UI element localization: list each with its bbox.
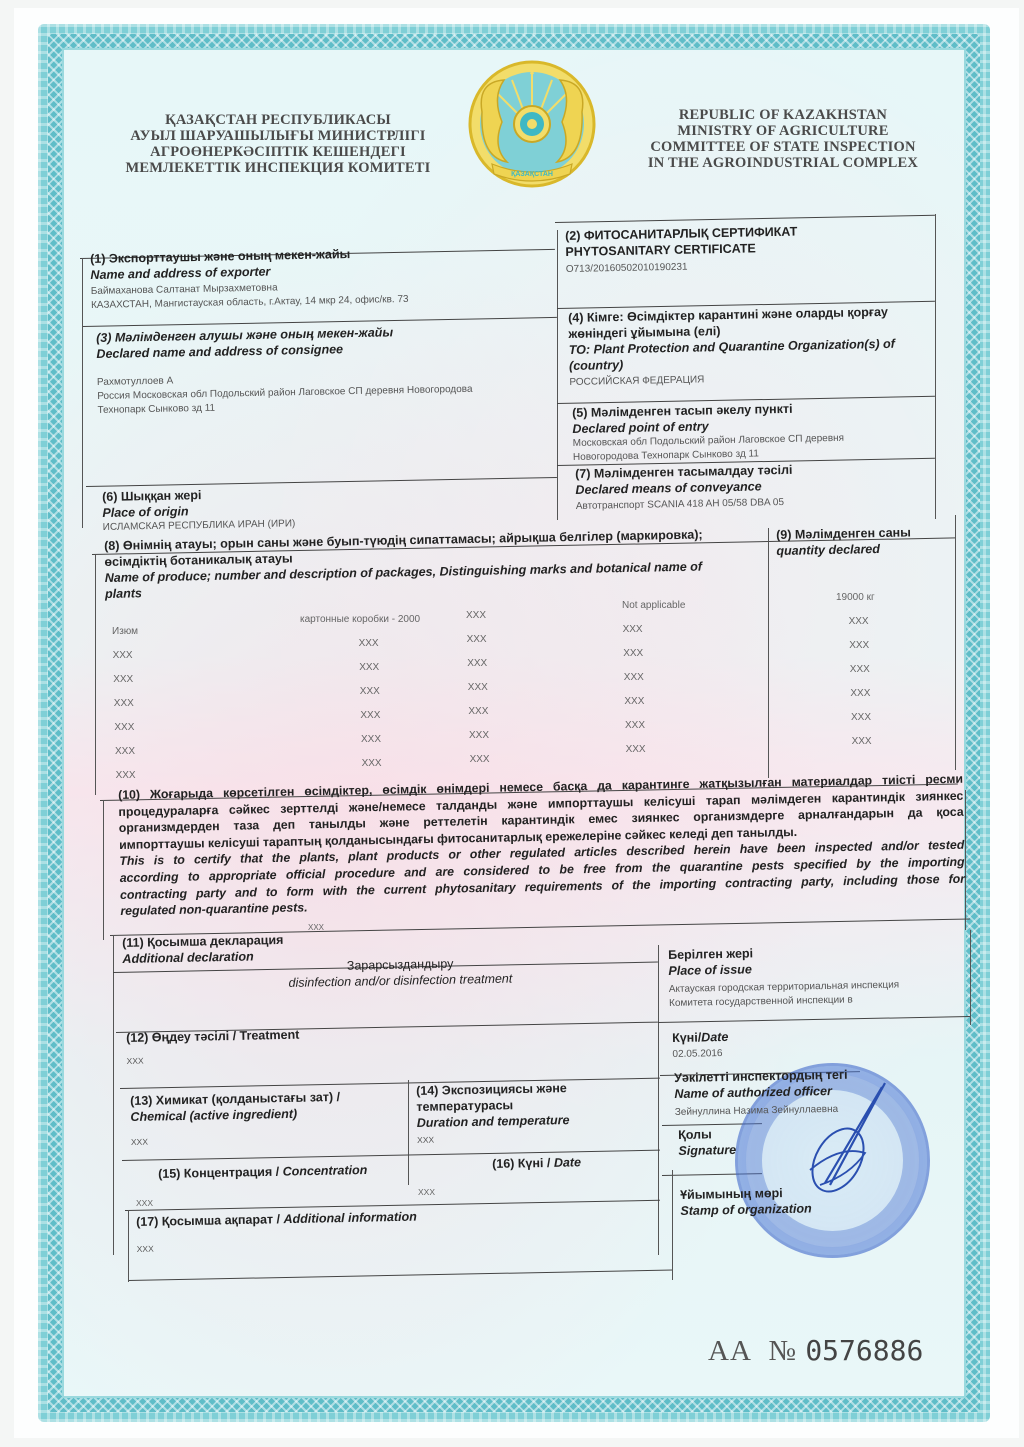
field-conveyance: (7) Мәлімденген тасымалдау тәсілі Declar… xyxy=(575,462,793,514)
header-en-line: IN THE AGROINDUSTRIAL COMPLEX xyxy=(628,155,938,171)
quantity-label-kz: (9) Мәлімденген саны xyxy=(776,524,911,543)
header-en-line: REPUBLIC OF KAZAKHSTAN xyxy=(628,107,938,123)
serial-number: АА № 0576886 xyxy=(708,1334,923,1368)
additional-info-label-en: Additional information xyxy=(283,1210,417,1227)
header-kz-line: АУЫЛ ШАРУАШЫЛЫҒЫ МИНИСТРЛІГІ xyxy=(108,128,448,144)
duration-value: XXX xyxy=(417,1130,570,1147)
signature-label-kz: Қолы xyxy=(678,1126,736,1143)
serial-number-value: 0576886 xyxy=(805,1334,923,1367)
header-kz-line: МЕМЛЕКЕТТІК ИНСПЕКЦИЯ КОМИТЕТІ xyxy=(108,160,448,176)
quantity-cell: XXX xyxy=(850,664,870,675)
concentration-label-kz: (15) Концентрация / xyxy=(158,1165,283,1181)
conveyance-label-en: Declared means of conveyance xyxy=(575,478,793,498)
produce-cell: XXX xyxy=(113,650,133,661)
produce-cell: XXX xyxy=(115,746,135,757)
produce-cell: XXX xyxy=(360,710,380,721)
field-stamp: Ұйымының мөрі Stamp of organization xyxy=(680,1184,812,1219)
field-additional-information: (17) Қосымша ақпарат / Additional inform… xyxy=(136,1209,417,1256)
produce-cell: XXX xyxy=(468,706,488,717)
header-kz-line: ҚАЗАҚСТАН РЕСПУБЛИКАСЫ xyxy=(108,112,448,128)
quantity-cell: XXX xyxy=(852,736,872,747)
produce-cell: XXX xyxy=(361,734,381,745)
header-kz-line: АГРОӨНЕРКӘСІПТІК КЕШЕНДЕГІ xyxy=(108,144,448,160)
produce-cell: XXX xyxy=(623,648,643,659)
header-kazakh: ҚАЗАҚСТАН РЕСПУБЛИКАСЫ АУЫЛ ШАРУАШЫЛЫҒЫ … xyxy=(108,112,448,176)
produce-cell: XXX xyxy=(362,758,382,769)
field-point-of-entry: (5) Мәлімденген тасып әкелу пункті Decla… xyxy=(572,400,844,465)
field-issue-date: Күні/Date 02.05.2016 xyxy=(672,1029,729,1062)
statement-note: XXX xyxy=(308,923,324,932)
duration-label-en: Duration and temperature xyxy=(417,1112,570,1131)
field-treatment-date: (16) Күні / Date xyxy=(492,1154,581,1172)
header-english: REPUBLIC OF KAZAKHSTAN MINISTRY OF AGRIC… xyxy=(628,107,938,171)
certificate-title-en: PHYTOSANITARY CERTIFICATE xyxy=(565,240,797,260)
produce-cell: XXX xyxy=(467,658,487,669)
issue-date-label-kz: Күні/ xyxy=(672,1030,701,1045)
produce-cell: XXX xyxy=(626,744,646,755)
produce-cell: XXX xyxy=(623,624,643,635)
header-en-line: MINISTRY OF AGRICULTURE xyxy=(628,123,938,139)
additional-declaration-label-kz: (11) Қосымша декларация xyxy=(122,932,284,951)
quantity-cell: 19000 кг xyxy=(836,592,875,603)
field-certificate: (2) ФИТОСАНИТАРЛЫҚ СЕРТИФИКАТ PHYTOSANIT… xyxy=(565,224,798,277)
produce-cell: XXX xyxy=(625,720,645,731)
issue-date-value: 02.05.2016 xyxy=(672,1047,728,1062)
produce-cell: XXX xyxy=(116,770,136,781)
produce-cell: Not applicable xyxy=(622,600,685,611)
signature-label-en: Signature xyxy=(678,1142,736,1159)
issue-date-label-en: Date xyxy=(701,1030,728,1045)
quantity-cell: XXX xyxy=(851,712,871,723)
produce-cell: Изюм xyxy=(112,626,138,637)
kazakhstan-emblem-icon: ҚАЗАҚСТАН xyxy=(462,52,602,192)
concentration-value: XXX xyxy=(136,1198,153,1208)
serial-series: АА xyxy=(708,1335,752,1367)
serial-no-sign: № xyxy=(768,1335,797,1367)
field-chemical: (13) Химикат (қолданыстағы зат) / Chemic… xyxy=(130,1089,341,1149)
field-consignee: (3) Мәлімденген алушы және оның мекен-жа… xyxy=(96,323,473,418)
produce-cell: XXX xyxy=(113,674,133,685)
produce-cell: XXX xyxy=(359,638,379,649)
treatment-date-value: XXX xyxy=(418,1187,435,1197)
produce-cell: XXX xyxy=(360,686,380,697)
svg-text:ҚАЗАҚСТАН: ҚАЗАҚСТАН xyxy=(511,171,553,178)
produce-cell: XXX xyxy=(470,754,490,765)
field-certification-statement: (10) Жоғарыда көрсетілген өсімдіктер, өс… xyxy=(118,771,965,920)
header-en-line: COMMITTEE OF STATE INSPECTION xyxy=(628,139,938,155)
duration-label-kz: (14) Экспозициясы және xyxy=(416,1080,569,1099)
additional-info-label-kz: (17) Қосымша ақпарат / xyxy=(136,1212,284,1229)
produce-cell: картонные коробки - 2000 xyxy=(300,614,420,625)
concentration-label-en: Concentration xyxy=(282,1163,367,1179)
field-authorized-officer: Уәкілетті инспектордың тегі Name of auth… xyxy=(674,1067,848,1120)
field-destination: (4) Кімге: Өсімдіктер карантині және ола… xyxy=(568,304,896,390)
field-duration: (14) Экспозициясы және температурасы Dur… xyxy=(416,1080,570,1147)
field-signature: Қолы Signature xyxy=(678,1126,736,1159)
place-of-issue-label-en: Place of issue xyxy=(668,959,899,979)
produce-cell: XXX xyxy=(624,672,644,683)
produce-cell: XXX xyxy=(114,722,134,733)
quantity-label-en: quantity declared xyxy=(776,540,911,559)
quantity-cell: XXX xyxy=(849,640,869,651)
field-treatment: (12) Өңдеу тәсілі / Treatment XXX xyxy=(126,1027,300,1068)
produce-cell: XXX xyxy=(624,696,644,707)
treatment-date-label-kz: (16) Күні / xyxy=(492,1156,554,1171)
stamp-label-en: Stamp of organization xyxy=(680,1200,812,1219)
officer-label-en: Name of authorized officer xyxy=(674,1083,848,1102)
treatment-date-label-en: Date xyxy=(554,1155,581,1170)
field-quantity: (9) Мәлімденген саны quantity declared xyxy=(776,524,911,559)
produce-cell: XXX xyxy=(466,610,486,621)
produce-cell: XXX xyxy=(468,682,488,693)
field-place-of-issue: Берілген жері Place of issue Актауская г… xyxy=(668,943,900,1011)
additional-declaration-value: Зарарсыздандыру disinfection and/or disi… xyxy=(230,953,571,992)
chemical-label-en: Chemical (active ingredient) xyxy=(130,1105,340,1125)
produce-cell: XXX xyxy=(114,698,134,709)
quantity-cell: XXX xyxy=(849,616,869,627)
field-origin: (6) Шыққан жері Place of origin ИСЛАМСКА… xyxy=(102,485,295,535)
field-exporter: (1) Экспорттаушы және оның мекен-жайы Na… xyxy=(90,245,409,313)
produce-cell: XXX xyxy=(359,662,379,673)
produce-cell: XXX xyxy=(467,634,487,645)
field-produce: (8) Өнімнің атауы; орын саны және буып-т… xyxy=(104,527,704,602)
quantity-cell: XXX xyxy=(850,688,870,699)
treatment-label: (12) Өңдеу тәсілі / Treatment xyxy=(126,1027,299,1046)
produce-cell: XXX xyxy=(469,730,489,741)
